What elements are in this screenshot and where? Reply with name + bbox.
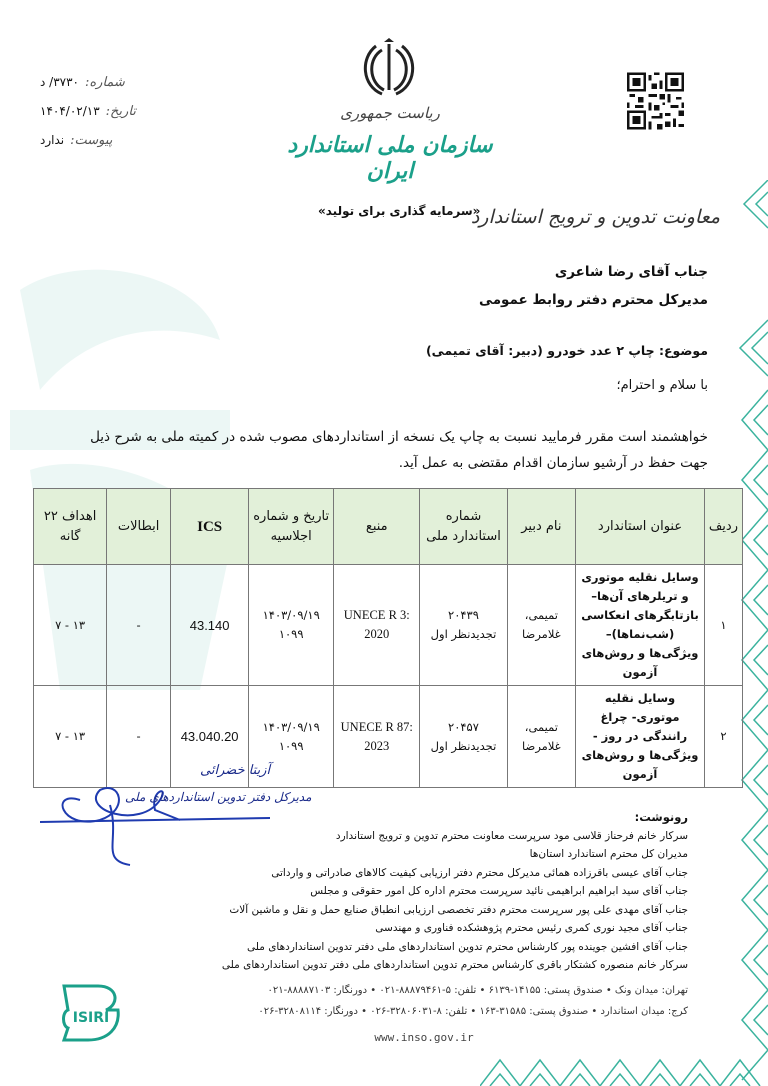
cell-standard-number: ۲۰۴۳۹ تجدیدنظر اول bbox=[420, 565, 507, 686]
cell-row-number: ۲ bbox=[704, 686, 742, 788]
footer-addresses: تهران: میدان ونک • صندوق پستی: ۱۴۱۵۵-۶۱۳… bbox=[188, 980, 688, 1022]
cell-standard-number: ۲۰۴۵۷ تجدیدنظر اول bbox=[420, 686, 507, 788]
header-source: منبع bbox=[334, 489, 420, 565]
cell-secretary: تمیمی، غلامرضا bbox=[507, 686, 576, 788]
cc-list: رونوشت: سرکار خانم فرحناز قلاسی مود سرپر… bbox=[188, 808, 688, 975]
meta-date-value: ۱۴۰۴/۰۲/۱۳ bbox=[40, 97, 100, 125]
signatory-name: آزیتا خضرائی bbox=[200, 763, 270, 778]
inso-logo-icon: ISIRI bbox=[58, 982, 124, 1044]
meta-attachment-label: پیوست: bbox=[70, 127, 112, 155]
cell-title: وسایل نقلیه موتوری- چراغ رانندگی در روز … bbox=[576, 686, 705, 788]
signatory-role: مدیرکل دفتر تدوین استانداردهای ملی bbox=[125, 790, 312, 804]
letter-meta: شماره: ۳۷۳۰/ د تاریخ: ۱۴۰۴/۰۲/۱۳ پیوست: … bbox=[40, 68, 165, 155]
letter-greeting: با سلام و احترام؛ bbox=[617, 378, 709, 393]
footer-karaj-address: کرج: میدان استاندارد • صندوق پستی: ۳۱۵۸۵… bbox=[188, 1001, 688, 1022]
cc-item: جناب آقای افشین جوینده پور کارشناس محترم… bbox=[188, 938, 688, 957]
meta-number-label: شماره: bbox=[85, 69, 125, 97]
cell-secretary: تمیمی، غلامرضا bbox=[507, 565, 576, 686]
presidency-label: ریاست جمهوری bbox=[300, 104, 480, 122]
header-title: عنوان استاندارد bbox=[576, 489, 705, 565]
meta-number-value: ۳۷۳۰/ د bbox=[40, 68, 79, 96]
cc-item: مدیران کل محترم استاندارد استان‌ها bbox=[188, 845, 688, 864]
recipient-title: مدیرکل محترم دفتر روابط عمومی bbox=[479, 286, 708, 314]
cell-goals: ۱۳ - ۷ bbox=[34, 565, 107, 686]
recipient-name: جناب آقای رضا شاعری bbox=[479, 258, 708, 286]
meta-attachment-value: ندارد bbox=[40, 126, 64, 154]
meta-date: تاریخ: ۱۴۰۴/۰۲/۱۳ bbox=[40, 97, 165, 126]
recipient-block: جناب آقای رضا شاعری مدیرکل محترم دفتر رو… bbox=[479, 258, 708, 314]
cc-item: جناب آقای مجید نوری کمری رئیس محترم پژوه… bbox=[188, 919, 688, 938]
header-standard-number: شماره استاندارد ملی bbox=[420, 489, 507, 565]
meta-number: شماره: ۳۷۳۰/ د bbox=[40, 68, 165, 97]
cc-item: سرکار خانم منصوره کشتکار باقری کارشناس م… bbox=[188, 956, 688, 975]
standards-table: ردیف عنوان استاندارد نام دبیر شماره استا… bbox=[33, 488, 743, 788]
iran-emblem-icon bbox=[362, 38, 416, 96]
cell-ics: 43.140 bbox=[171, 565, 249, 686]
cc-item: جناب آقای عیسی باقرزاده همائی مدیرکل محت… bbox=[188, 864, 688, 883]
organization-name: سازمان ملی استاندارد ایران bbox=[270, 132, 510, 184]
table-header-row: ردیف عنوان استاندارد نام دبیر شماره استا… bbox=[34, 489, 743, 565]
cc-item: جناب آقای مهدی علی پور سرپرست محترم دفتر… bbox=[188, 901, 688, 920]
department-title: معاونت تدوین و ترویج استاندارد bbox=[471, 206, 720, 228]
header-row-number: ردیف bbox=[704, 489, 742, 565]
header-secretary: نام دبیر bbox=[507, 489, 576, 565]
cell-session: ۱۴۰۳/۰۹/۱۹ ۱۰۹۹ bbox=[249, 565, 334, 686]
header-session: تاریخ و شماره اجلاسیه bbox=[249, 489, 334, 565]
cc-item: جناب آقای سید ابراهیم ابراهیمی نائید سرپ… bbox=[188, 882, 688, 901]
header-goals: اهداف ۲۲ گانه bbox=[34, 489, 107, 565]
letter-body: خواهشمند است مقرر فرمایید نسبت به چاپ یک… bbox=[68, 424, 708, 476]
cc-title: رونوشت: bbox=[188, 808, 688, 827]
footer-tehran-address: تهران: میدان ونک • صندوق پستی: ۱۴۱۵۵-۶۱۳… bbox=[188, 980, 688, 1001]
cell-row-number: ۱ bbox=[704, 565, 742, 686]
website-link[interactable]: www.inso.gov.ir bbox=[374, 1031, 473, 1044]
header-cancellations: ابطالات bbox=[107, 489, 171, 565]
cell-source: UNECE R 87: 2023 bbox=[334, 686, 420, 788]
cell-cancellations: - bbox=[107, 565, 171, 686]
cell-title: وسایل نقلیه موتوری و تریلرهای آن‌ها–بازت… bbox=[576, 565, 705, 686]
cc-item: سرکار خانم فرحناز قلاسی مود سرپرست معاون… bbox=[188, 827, 688, 846]
qr-code-icon bbox=[627, 68, 684, 134]
table-row: ۱ وسایل نقلیه موتوری و تریلرهای آن‌ها–با… bbox=[34, 565, 743, 686]
letter-subject: موضوع: چاپ ۲ عدد خودرو (دبیر: آقای تمیمی… bbox=[426, 343, 708, 358]
decorative-border-bottom bbox=[480, 1046, 768, 1086]
header-ics: ICS bbox=[171, 489, 249, 565]
meta-attachment: پیوست: ندارد bbox=[40, 126, 165, 155]
cell-source: UNECE R 3: 2020 bbox=[334, 565, 420, 686]
meta-date-label: تاریخ: bbox=[106, 98, 136, 126]
slogan: «سرمایه گذاری برای تولید» bbox=[318, 204, 480, 218]
svg-text:ISIRI: ISIRI bbox=[73, 1010, 110, 1026]
